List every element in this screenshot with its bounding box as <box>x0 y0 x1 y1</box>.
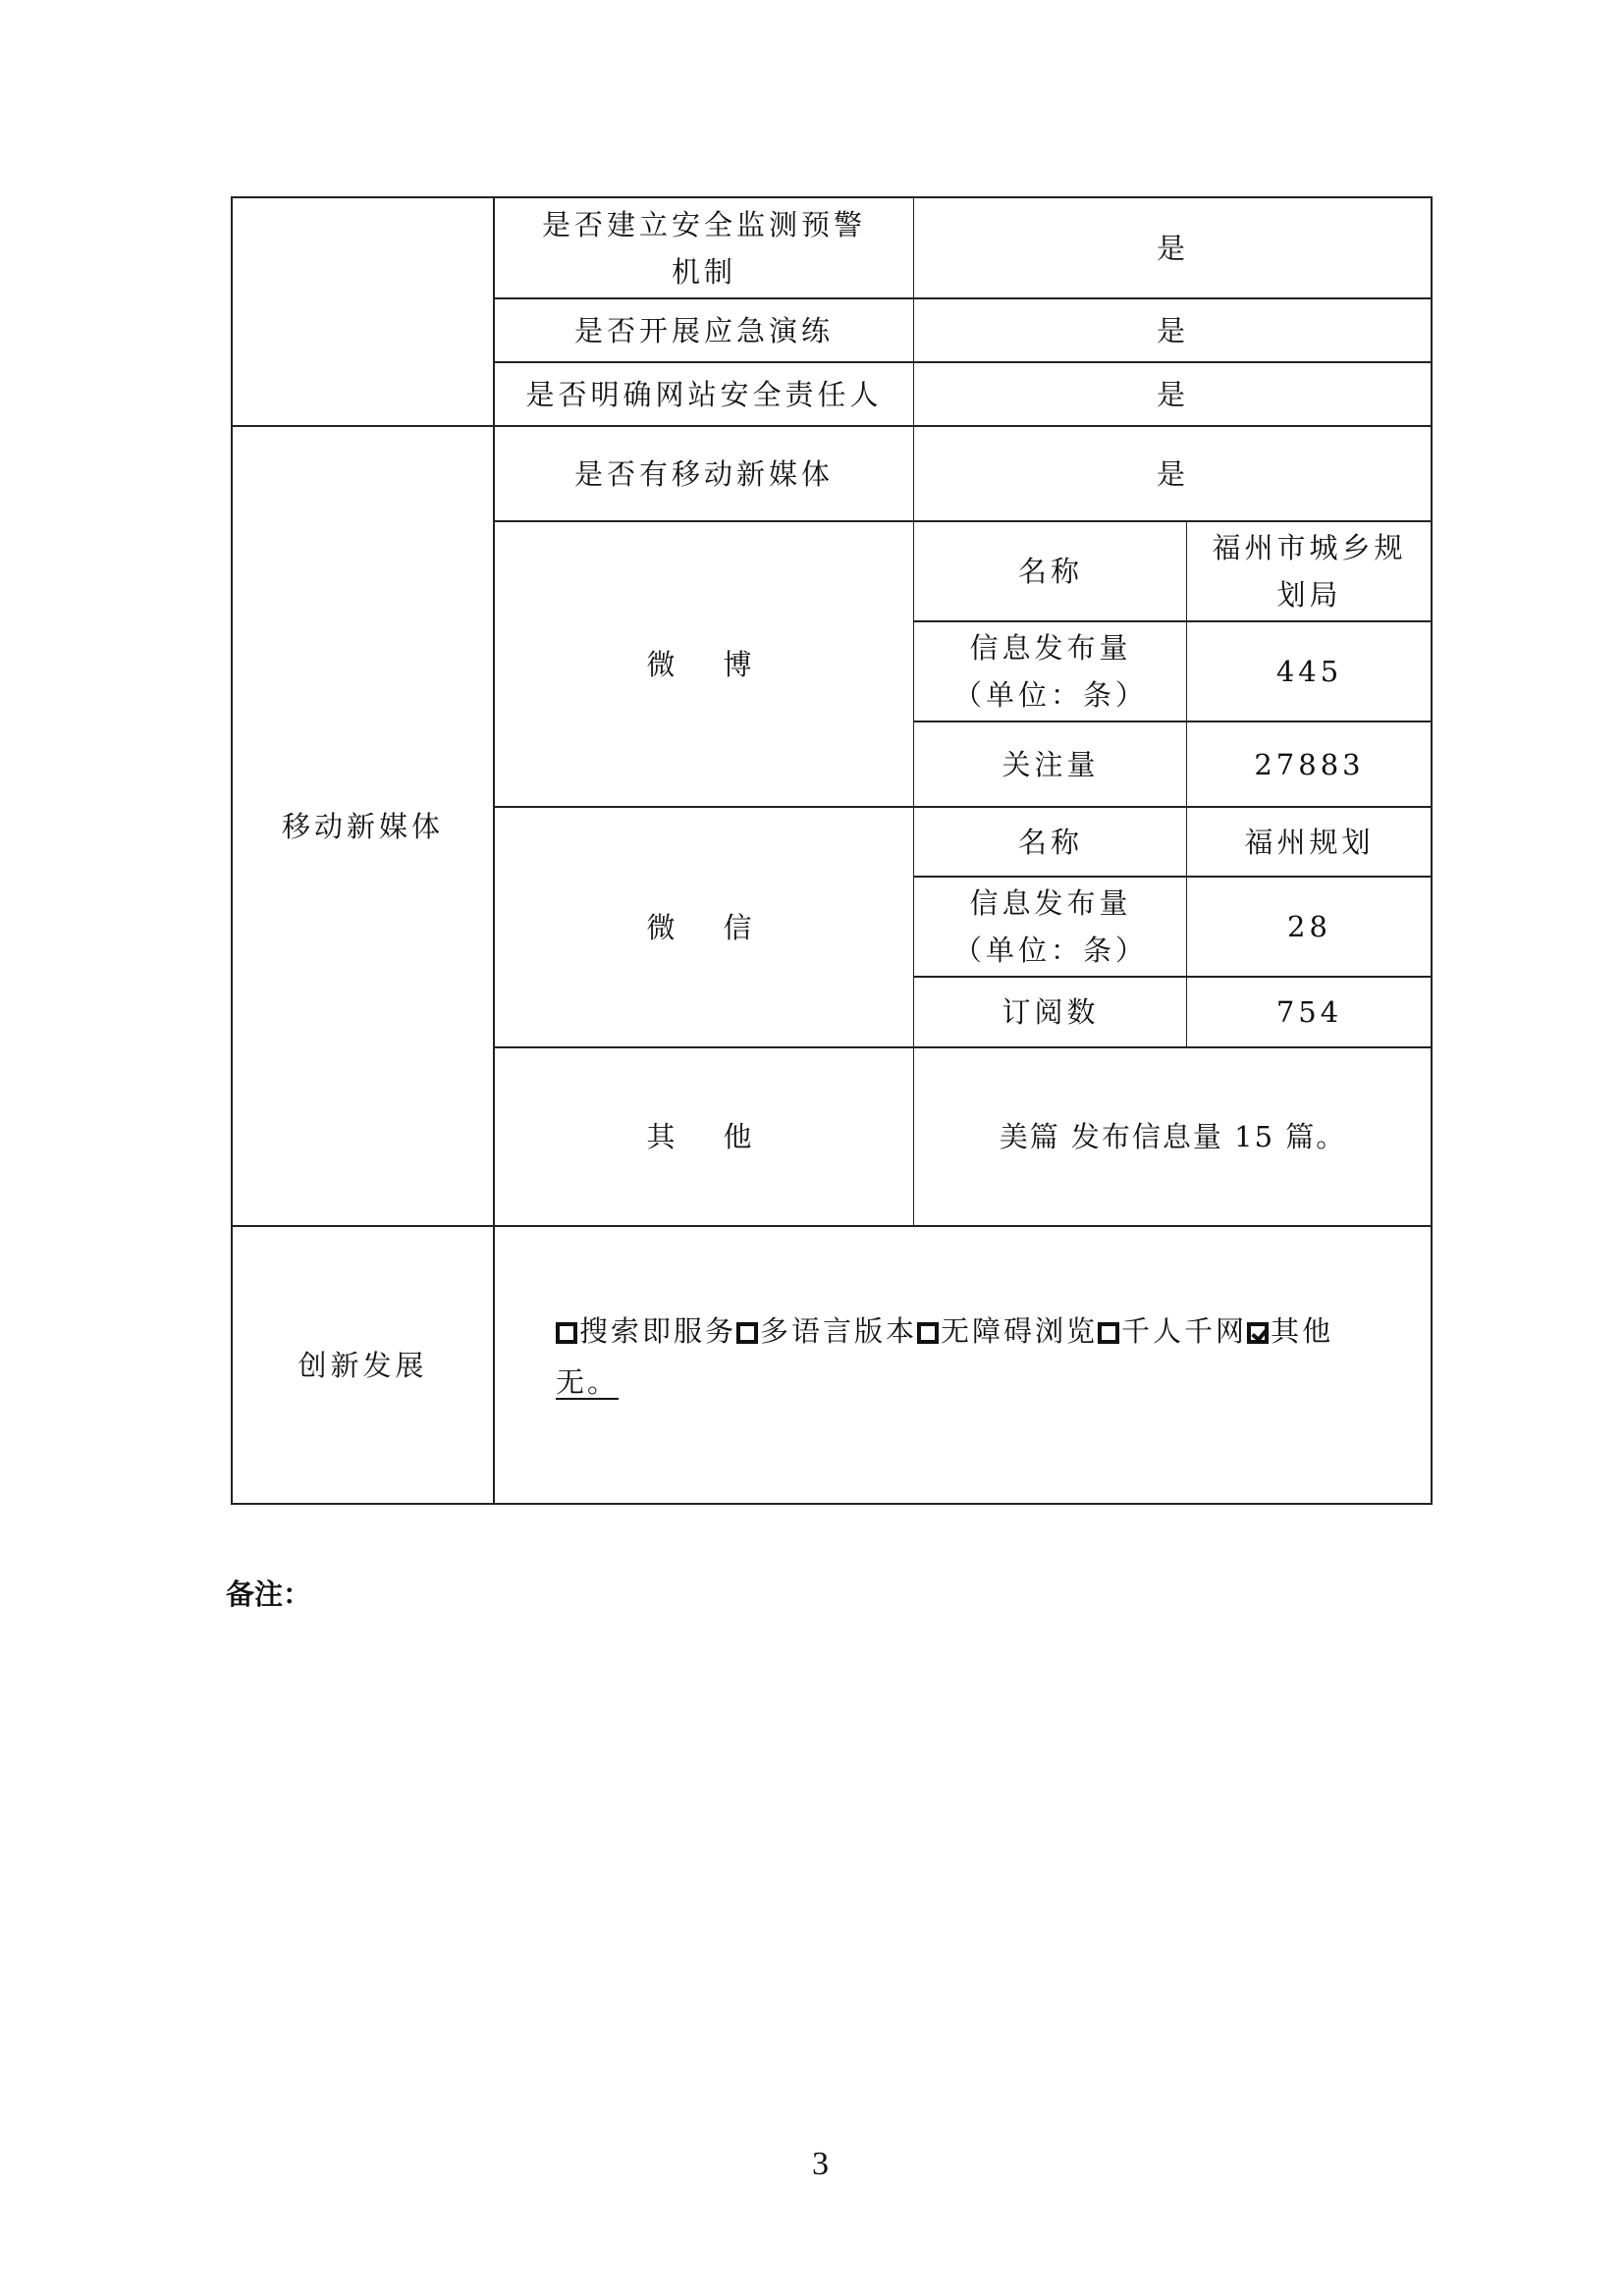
weibo-posts-value: 445 <box>1188 622 1431 721</box>
table-border <box>1186 520 1187 1046</box>
value-text: 美篇 发布信息量 15 篇。 <box>1000 1113 1347 1160</box>
option-label: 无障碍浏览 <box>941 1314 1098 1348</box>
weibo-name-value: 福州市城乡规划局 <box>1188 522 1431 620</box>
checkbox-icon[interactable] <box>1098 1322 1119 1344</box>
label-text: 微 信 <box>646 904 761 951</box>
wechat-subscribers-value: 754 <box>1188 978 1431 1046</box>
value-text: 445 <box>1276 648 1342 695</box>
other-media-label: 其 他 <box>495 1048 913 1225</box>
weibo-followers-label: 关注量 <box>915 722 1186 806</box>
has-media-value: 是 <box>915 427 1431 520</box>
security-label: 是否建立安全监测预警机制 <box>495 198 913 297</box>
label-text: 是否明确网站安全责任人 <box>525 371 882 418</box>
security-value: 是 <box>915 363 1431 425</box>
label-text: 信息发布量（单位：条） <box>952 624 1149 719</box>
option-label: 千人千网 <box>1121 1314 1247 1348</box>
label-text: 名称 <box>1018 819 1083 866</box>
value-text: 754 <box>1276 988 1342 1036</box>
weibo-name-label: 名称 <box>915 522 1186 620</box>
wechat-subscribers-label: 订阅数 <box>915 978 1186 1046</box>
wechat-name-label: 名称 <box>915 808 1186 876</box>
checkbox-icon[interactable] <box>556 1322 577 1344</box>
label-text: 是否开展应急演练 <box>574 307 834 354</box>
security-label: 是否开展应急演练 <box>495 299 913 361</box>
innovation-options: 搜索即服务多语言版本无障碍浏览千人千网其他 无。 <box>556 1306 1420 1408</box>
label-text: 关注量 <box>1001 741 1099 788</box>
security-value: 是 <box>915 299 1431 361</box>
option-label: 其他 <box>1271 1314 1333 1348</box>
checkbox-checked-icon[interactable] <box>1247 1322 1269 1344</box>
other-media-value: 美篇 发布信息量 15 篇。 <box>915 1048 1431 1225</box>
table-border <box>1431 196 1433 1505</box>
label-text: 创新发展 <box>298 1342 427 1389</box>
wechat-label: 微 信 <box>495 808 913 1046</box>
checkbox-icon[interactable] <box>736 1322 758 1344</box>
wechat-name-value: 福州规划 <box>1188 808 1431 876</box>
value-text: 28 <box>1287 903 1331 950</box>
label-text: 是否有移动新媒体 <box>574 451 834 498</box>
option-other[interactable]: 其他 <box>1247 1314 1333 1348</box>
table-border <box>913 196 914 1225</box>
wechat-posts-value: 28 <box>1188 878 1431 976</box>
value-text: 是 <box>1157 307 1189 354</box>
weibo-posts-label: 信息发布量（单位：条） <box>915 622 1186 721</box>
value-text: 福州市城乡规划局 <box>1212 524 1408 618</box>
table-border <box>231 1503 1433 1505</box>
label-text: 微 博 <box>646 641 761 688</box>
wechat-posts-label: 信息发布量（单位：条） <box>915 878 1186 976</box>
value-text: 是 <box>1157 371 1189 418</box>
page-number: 3 <box>812 2146 829 2183</box>
label-text: 是否建立安全监测预警机制 <box>537 201 871 295</box>
remarks-label: 备注： <box>226 1573 311 1613</box>
weibo-followers-value: 27883 <box>1188 722 1431 806</box>
mobile-media-section-label: 移动新媒体 <box>233 427 493 1225</box>
option-accessibility[interactable]: 无障碍浏览 <box>917 1314 1098 1348</box>
value-text: 27883 <box>1254 741 1364 788</box>
label-text: 信息发布量（单位：条） <box>952 880 1149 974</box>
weibo-label: 微 博 <box>495 522 913 806</box>
label-text: 订阅数 <box>1001 988 1099 1036</box>
security-value: 是 <box>915 198 1431 297</box>
label-text: 名称 <box>1018 548 1083 595</box>
option-label: 搜索即服务 <box>579 1314 736 1348</box>
label-text: 移动新媒体 <box>282 803 444 850</box>
option-label: 多语言版本 <box>760 1314 917 1348</box>
option-search-as-service[interactable]: 搜索即服务 <box>556 1314 736 1348</box>
checkbox-icon[interactable] <box>917 1322 939 1344</box>
label-text: 其 他 <box>646 1113 761 1160</box>
has-media-label: 是否有移动新媒体 <box>495 427 913 520</box>
innovation-section-label: 创新发展 <box>233 1227 493 1503</box>
option-personalized[interactable]: 千人千网 <box>1098 1314 1247 1348</box>
security-label: 是否明确网站安全责任人 <box>495 363 913 425</box>
value-text: 是 <box>1157 451 1189 498</box>
option-multilingual[interactable]: 多语言版本 <box>736 1314 917 1348</box>
other-text: 无。 <box>556 1365 619 1399</box>
value-text: 是 <box>1157 225 1189 272</box>
value-text: 福州规划 <box>1244 819 1374 866</box>
